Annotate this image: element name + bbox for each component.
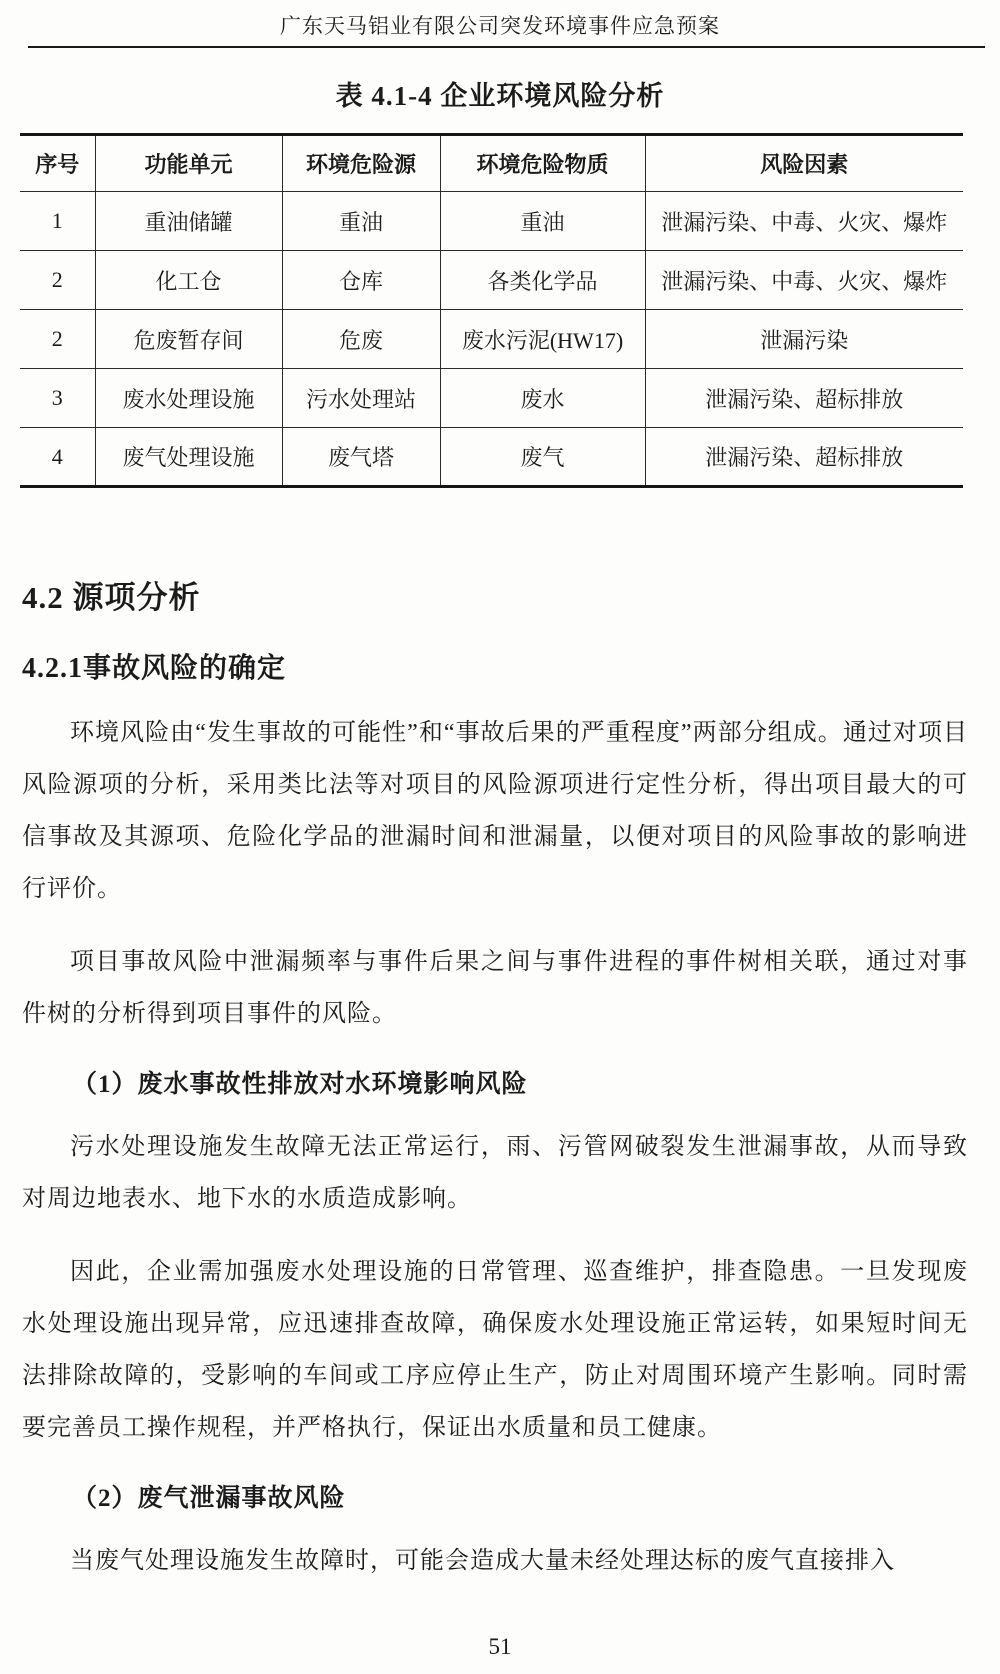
risk-analysis-table: 序号 功能单元 环境危险源 环境危险物质 风险因素 1 重油储罐 重油 重油 泄… <box>20 133 963 488</box>
table-cell: 废水处理设施 <box>95 369 282 428</box>
column-header: 风险因素 <box>645 135 963 192</box>
table-cell: 3 <box>20 369 95 428</box>
table-cell: 污水处理站 <box>282 369 440 428</box>
table-cell: 2 <box>20 310 95 369</box>
table-row: 3 废水处理设施 污水处理站 废水 泄漏污染、超标排放 <box>20 369 963 428</box>
table-cell: 废气塔 <box>282 428 440 487</box>
section-heading-4-2: 4.2 源项分析 <box>22 572 968 617</box>
paragraph-wastewater-failure: 污水处理设施发生故障无法正常运行，雨、污管网破裂发生泄漏事故，从而导致对周边地表… <box>22 1121 968 1225</box>
column-header: 环境危险源 <box>282 135 440 192</box>
table-cell: 仓库 <box>282 251 440 310</box>
page-header: 广东天马铝业有限公司突发环境事件应急预案 <box>0 0 1000 40</box>
table-cell: 泄漏污染、中毒、火灾、爆炸 <box>645 251 963 310</box>
header-rule <box>28 46 985 48</box>
column-header: 环境危险物质 <box>440 135 645 192</box>
column-header: 序号 <box>20 135 95 192</box>
table-cell: 危废暂存间 <box>95 310 282 369</box>
paragraph-wastewater-management: 因此，企业需加强废水处理设施的日常管理、巡查维护，排查隐患。一旦发现废水处理设施… <box>22 1246 968 1454</box>
sub-heading-gas-leak-risk: （2）废气泄漏事故风险 <box>22 1478 968 1514</box>
table-cell: 重油储罐 <box>95 192 282 251</box>
table-cell: 各类化学品 <box>440 251 645 310</box>
table-row: 4 废气处理设施 废气塔 废气 泄漏污染、超标排放 <box>20 428 963 487</box>
table-cell: 2 <box>20 251 95 310</box>
table-cell: 泄漏污染、超标排放 <box>645 369 963 428</box>
table-cell: 泄漏污染 <box>645 310 963 369</box>
table-cell: 4 <box>20 428 95 487</box>
section-heading-4-2-1: 4.2.1事故风险的确定 <box>22 646 968 686</box>
table-header-row: 序号 功能单元 环境危险源 环境危险物质 风险因素 <box>20 135 963 192</box>
table-cell: 化工仓 <box>95 251 282 310</box>
table-title: 表 4.1-4 企业环境风险分析 <box>0 74 1000 113</box>
page-number: 51 <box>0 1634 1000 1660</box>
table-row: 2 危废暂存间 危废 废水污泥(HW17) 泄漏污染 <box>20 310 963 369</box>
paragraph-event-tree: 项目事故风险中泄漏频率与事件后果之间与事件进程的事件树相关联，通过对事件树的分析… <box>22 936 968 1040</box>
column-header: 功能单元 <box>95 135 282 192</box>
table-cell: 废气处理设施 <box>95 428 282 487</box>
table-cell: 泄漏污染、中毒、火灾、爆炸 <box>645 192 963 251</box>
table-row: 2 化工仓 仓库 各类化学品 泄漏污染、中毒、火灾、爆炸 <box>20 251 963 310</box>
table-row: 1 重油储罐 重油 重油 泄漏污染、中毒、火灾、爆炸 <box>20 192 963 251</box>
table-cell: 1 <box>20 192 95 251</box>
paragraph-gas-failure: 当废气处理设施发生故障时，可能会造成大量未经处理达标的废气直接排入 <box>22 1535 968 1587</box>
paragraph-risk-composition: 环境风险由“发生事故的可能性”和“事故后果的严重程度”两部分组成。通过对项目风险… <box>22 707 968 915</box>
table-cell: 重油 <box>282 192 440 251</box>
body-content: 4.2 源项分析 4.2.1事故风险的确定 环境风险由“发生事故的可能性”和“事… <box>22 572 968 1587</box>
table-cell: 废水污泥(HW17) <box>440 310 645 369</box>
table-cell: 废气 <box>440 428 645 487</box>
document-page: 广东天马铝业有限公司突发环境事件应急预案 表 4.1-4 企业环境风险分析 序号… <box>0 0 1000 1674</box>
table-cell: 泄漏污染、超标排放 <box>645 428 963 487</box>
sub-heading-wastewater-risk: （1）废水事故性排放对水环境影响风险 <box>22 1064 968 1100</box>
table-cell: 废水 <box>440 369 645 428</box>
table-cell: 重油 <box>440 192 645 251</box>
table-cell: 危废 <box>282 310 440 369</box>
